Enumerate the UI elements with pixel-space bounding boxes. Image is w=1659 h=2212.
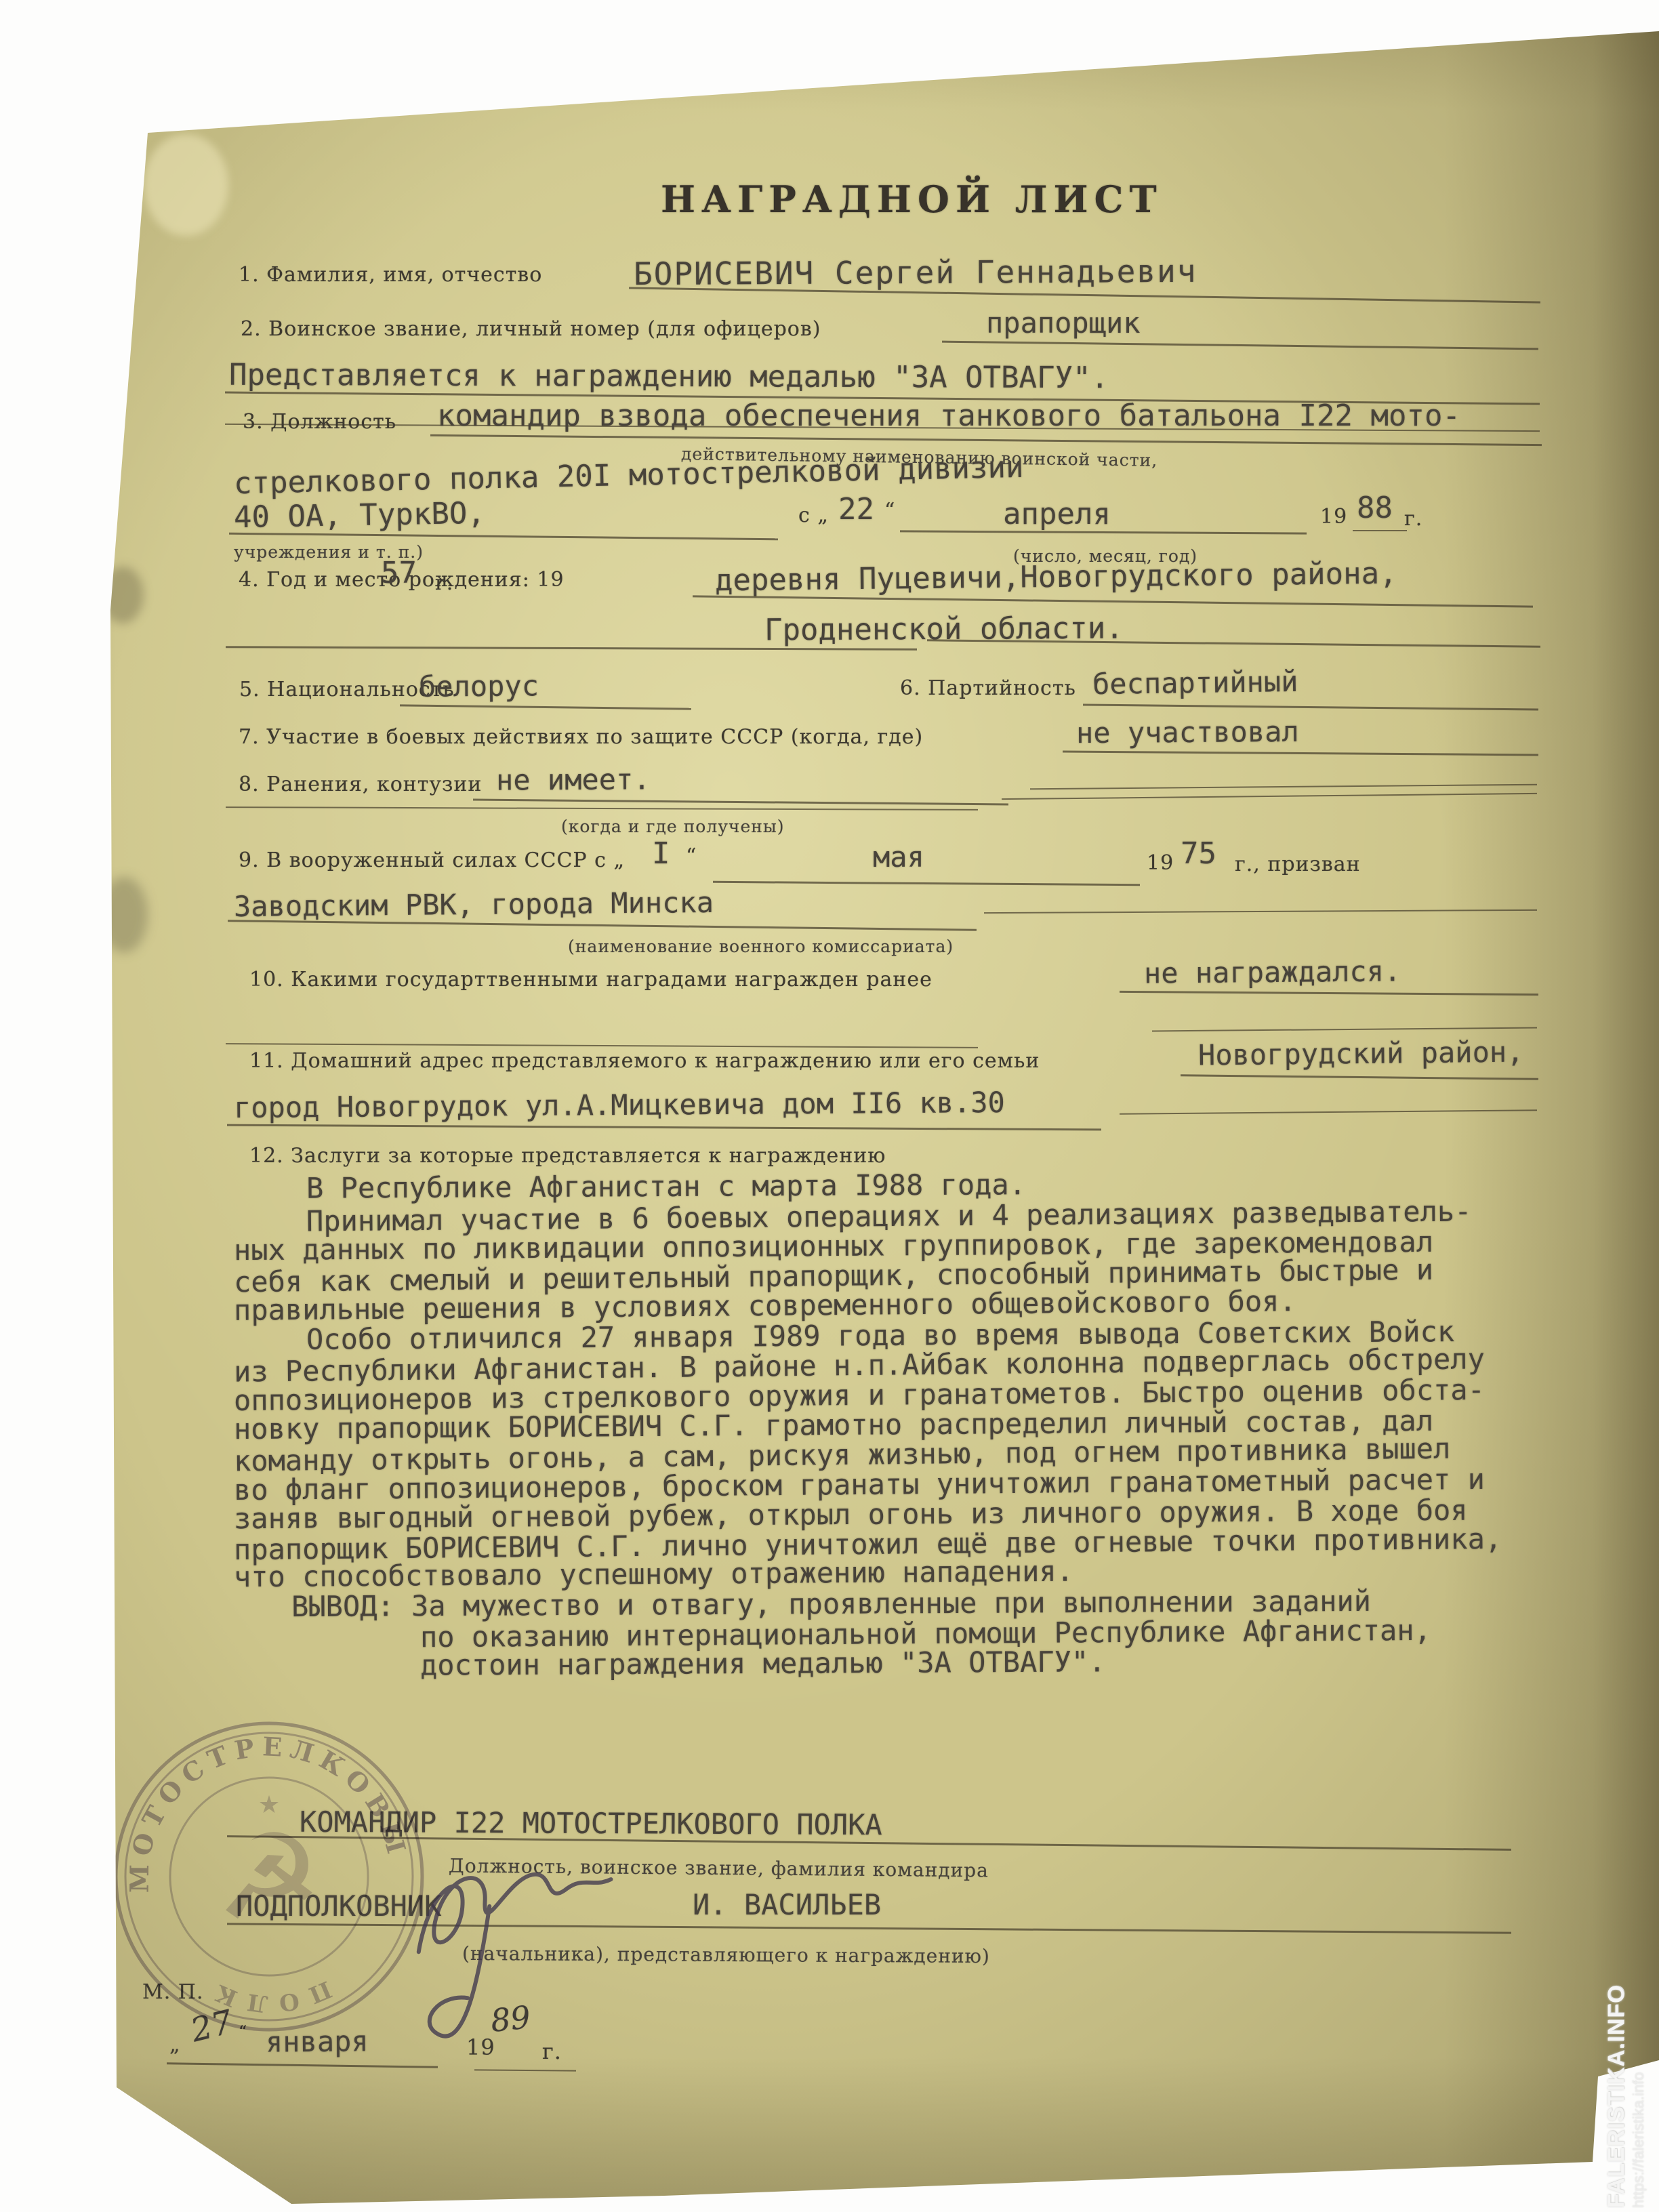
document-photo: НАГРАДНОЙ ЛИСТ 1. Фамилия, имя, отчество… (0, 0, 1659, 2212)
underline (984, 909, 1537, 914)
underline (900, 530, 1307, 534)
underline (228, 920, 977, 930)
presentation-line: Представляется к награждению медалью "ЗА… (229, 358, 1109, 396)
field-7-value: не участвовал (1076, 715, 1299, 750)
underline (473, 799, 1008, 806)
commander-signature (344, 1807, 714, 2060)
underline (1083, 703, 1538, 710)
field-8-caption: (когда и где получены) (561, 817, 785, 836)
field-11-value-line2: город Новогрудок ул.А.Мицкевича дом II6 … (234, 1086, 1005, 1124)
field-1-value: БОРИСЕВИЧ Сергей Геннадьевич (634, 253, 1197, 292)
underline (1063, 751, 1538, 756)
field-3-value-line1: командир взвода обеспечения танкового ба… (437, 398, 1460, 433)
field-6-label: 6. Партийность (900, 676, 1076, 700)
underline (942, 341, 1538, 350)
underline (1181, 1074, 1538, 1080)
field-9-value-line2: Заводским РВК, города Минска (234, 886, 714, 923)
underline (474, 2069, 576, 2071)
field-3-value-line2: стрелкового полка 20I мотострелковой див… (234, 450, 1024, 501)
underline (400, 704, 691, 710)
field-3-year: 88 (1357, 491, 1393, 525)
underline (1353, 530, 1407, 531)
field-9-month: мая (873, 840, 924, 874)
field-9-year: 75 (1181, 836, 1216, 871)
field-12-label: 12. Заслуги за которые представляется к … (249, 1144, 886, 1168)
underline (227, 1124, 1101, 1131)
edge-smudge (100, 877, 148, 953)
field-11-label: 11. Домашний адрес представляемого к наг… (249, 1049, 1040, 1073)
underline (1120, 991, 1538, 996)
field-3-quote: “ (884, 499, 895, 523)
field-1-label: 1. Фамилия, имя, отчество (239, 263, 542, 287)
stamp-arc-text-bottom: ПОЛК (203, 1975, 335, 2018)
field-10-value: не награждался. (1144, 954, 1401, 989)
blank-line (1002, 793, 1537, 800)
underline (1120, 1109, 1537, 1114)
field-9-caption: (наименование военного комиссариата) (568, 937, 954, 956)
award-sheet-paper: НАГРАДНОЙ ЛИСТ 1. Фамилия, имя, отчество… (0, 0, 1659, 2212)
edge-smudge (102, 567, 144, 623)
field-3-g: г. (1404, 507, 1422, 531)
underline (430, 434, 1542, 446)
field-4-year: 57 (381, 556, 417, 590)
field-4-g: г. (435, 571, 453, 595)
field-3-label: 3. Должность (243, 410, 396, 434)
blank-line (226, 1043, 978, 1048)
date-quote-open: „ (169, 2033, 181, 2057)
field-11-value-line1: Новогрудский район, (1198, 1035, 1524, 1071)
field-9-day: I (652, 836, 670, 871)
merit-line: достоин награждения медалью "ЗА ОТВАГУ". (420, 1645, 1106, 1681)
watermark-site: FALERISTIKA.INFO (1603, 1984, 1630, 2208)
page-title: НАГРАДНОЙ ЛИСТ (661, 178, 1163, 221)
underline (167, 2062, 438, 2068)
field-8-label: 8. Ранения, контузии (239, 773, 482, 796)
field-8-value: не имеет. (496, 762, 651, 796)
field-3-month: апреля (1003, 497, 1111, 531)
field-7-label: 7. Участие в боевых действиях по защите … (239, 725, 923, 749)
field-10-label: 10. Какими государттвенными наградами на… (249, 968, 933, 991)
field-9-pre-year: 19 (1147, 851, 1174, 875)
field-3-pre-year: 19 (1320, 505, 1347, 529)
field-2-label: 2. Воинское звание, личный номер (для оф… (241, 317, 821, 341)
hammer-sickle-icon: ☭ (216, 1809, 323, 1947)
tape-stain (144, 134, 228, 236)
field-2-value: прапорщик (986, 306, 1141, 340)
commander-name: И. ВАСИЛЬЕВ (693, 1888, 881, 1921)
blank-line (1152, 1027, 1537, 1032)
field-5-value: белорус (419, 669, 539, 703)
underline (1030, 784, 1537, 790)
watermark-url: https://faleristika.info (1630, 1984, 1647, 2208)
field-9-post: г., призван (1235, 853, 1361, 876)
watermark: FALERISTIKA.INFO https://faleristika.inf… (1603, 1984, 1647, 2208)
field-3-pre-day: с „ (798, 504, 829, 527)
field-3-day: 22 (838, 492, 874, 527)
field-9-label: 9. В вооруженный силах СССР с „ (239, 848, 625, 872)
field-6-value: беспартийный (1092, 665, 1298, 701)
underline (693, 595, 1533, 607)
blank-line (226, 806, 978, 811)
stamp-star-icon: ★ (258, 1791, 280, 1819)
underline (713, 881, 1140, 886)
field-3-value-line3: 40 ОА, ТуркВО, (234, 496, 486, 535)
field-4-value-line1: деревня Пуцевичи,Новогрудского района, (715, 556, 1397, 598)
field-9-quote: “ (686, 844, 697, 868)
signature-stroke (413, 1866, 623, 2038)
underline (229, 533, 778, 540)
